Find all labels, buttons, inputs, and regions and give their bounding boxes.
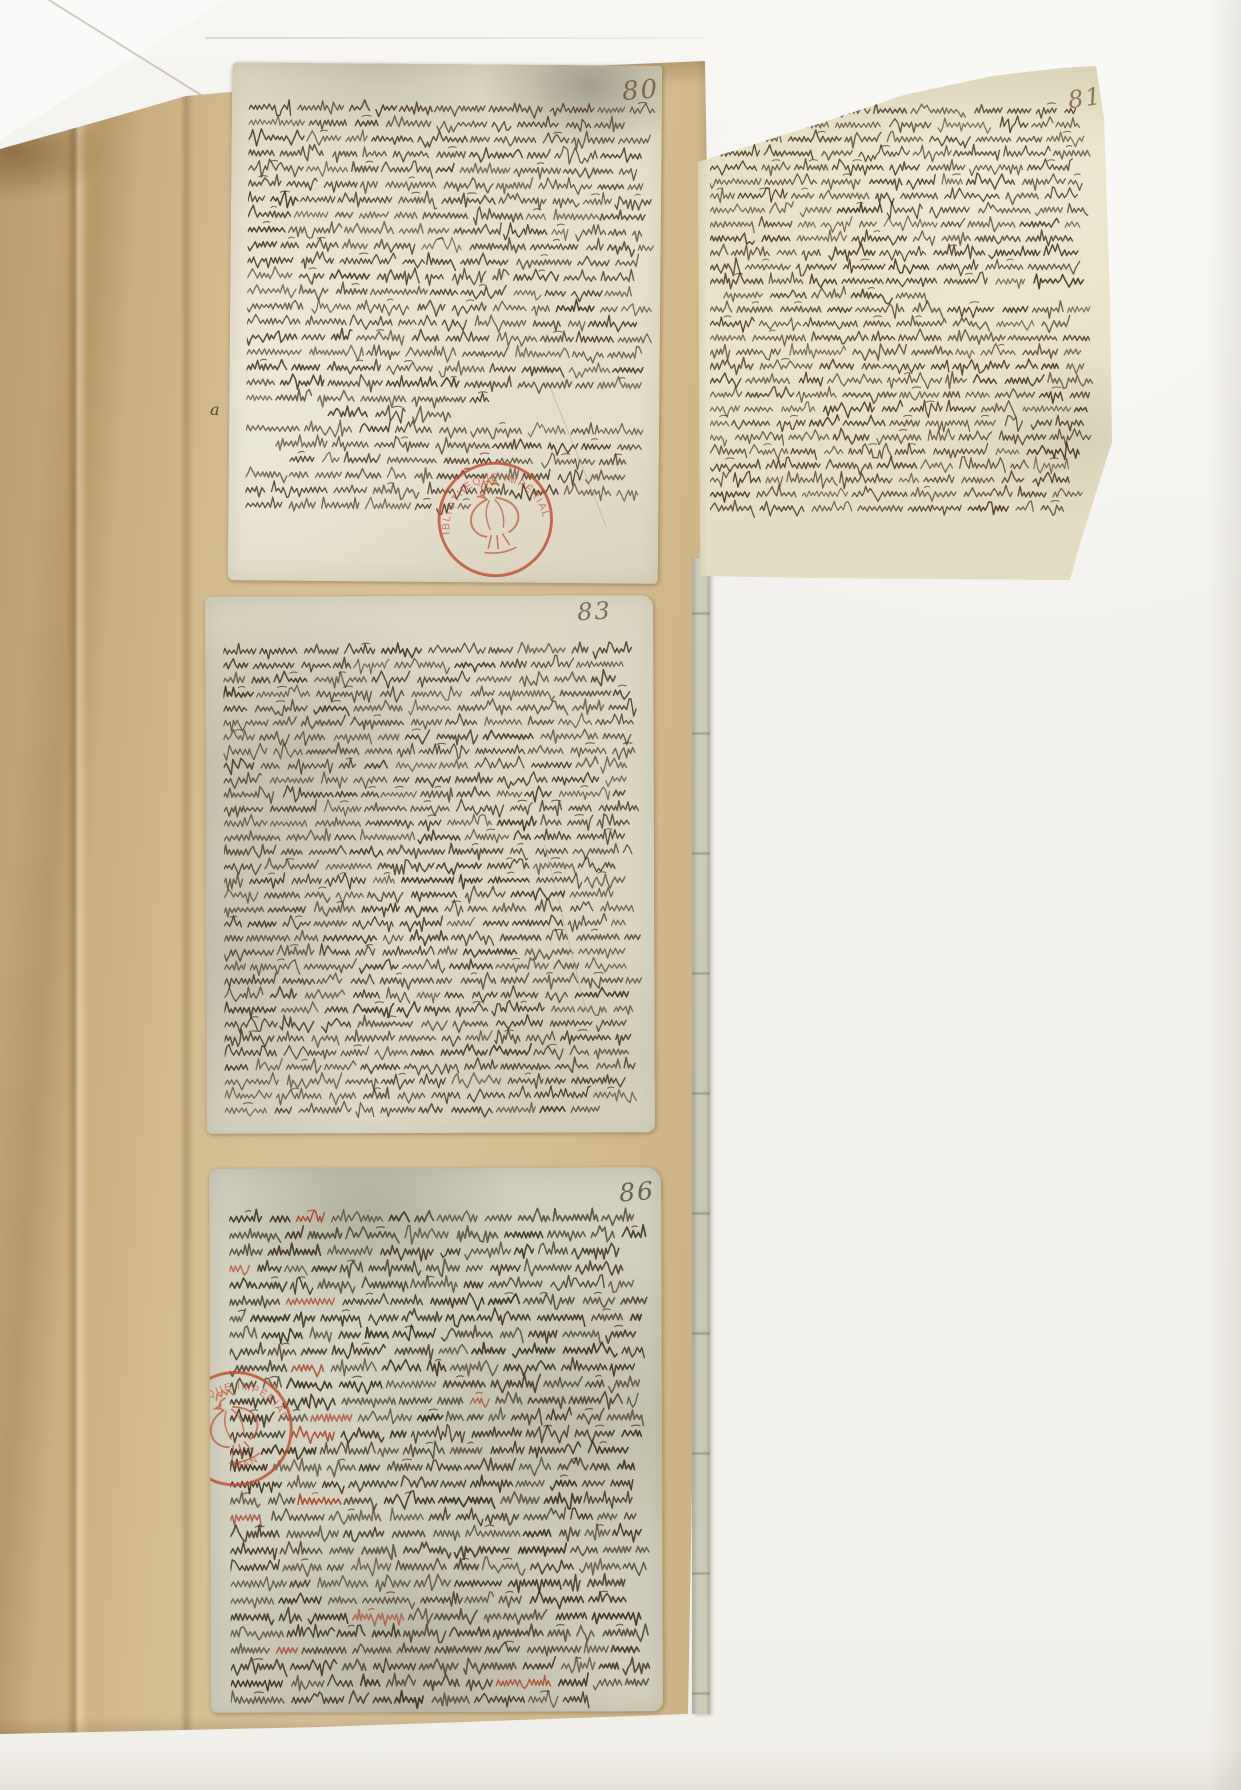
script-lines <box>710 102 1098 528</box>
imperial-library-stamp: BIBLIOTHÈQUE IMPÉRIALE <box>432 456 559 583</box>
manuscript-fragment-81: 81 <box>692 56 1116 584</box>
imperial-library-stamp: BIBLIOTHÈQUE IMPÉRIALEMAN <box>209 1365 298 1491</box>
manuscript-fragment-83: 83 <box>205 595 655 1134</box>
script-lines <box>223 641 647 1130</box>
imperial-eagle-stamp: BIBLIOTHÈQUE IMPÉRIALE <box>423 447 568 584</box>
parchment-guard-strip <box>692 558 710 1714</box>
folio-number: 83 <box>576 596 612 626</box>
manuscript-fragment-86: 86 BIBLIOTHÈQUE IMPÉRIALEMAN <box>209 1167 663 1713</box>
marginal-note: a <box>210 400 220 419</box>
svg-text:BIBLIOTHÈQUE IMPÉRIALE: BIBLIOTHÈQUE IMPÉRIALE <box>209 1349 290 1457</box>
svg-text:BIBLIOTHÈQUE IMPÉRIALE: BIBLIOTHÈQUE IMPÉRIALE <box>423 447 552 538</box>
folio-number: 86 <box>618 1176 656 1208</box>
manuscript-scan: 80 BIBLIOTHÈQUE IMPÉRIALE 81 83 86 BIBLI… <box>0 0 1241 1790</box>
script-line-block <box>223 641 647 1126</box>
script-line-block <box>710 102 1098 524</box>
backing-sheet-edge <box>205 37 705 39</box>
